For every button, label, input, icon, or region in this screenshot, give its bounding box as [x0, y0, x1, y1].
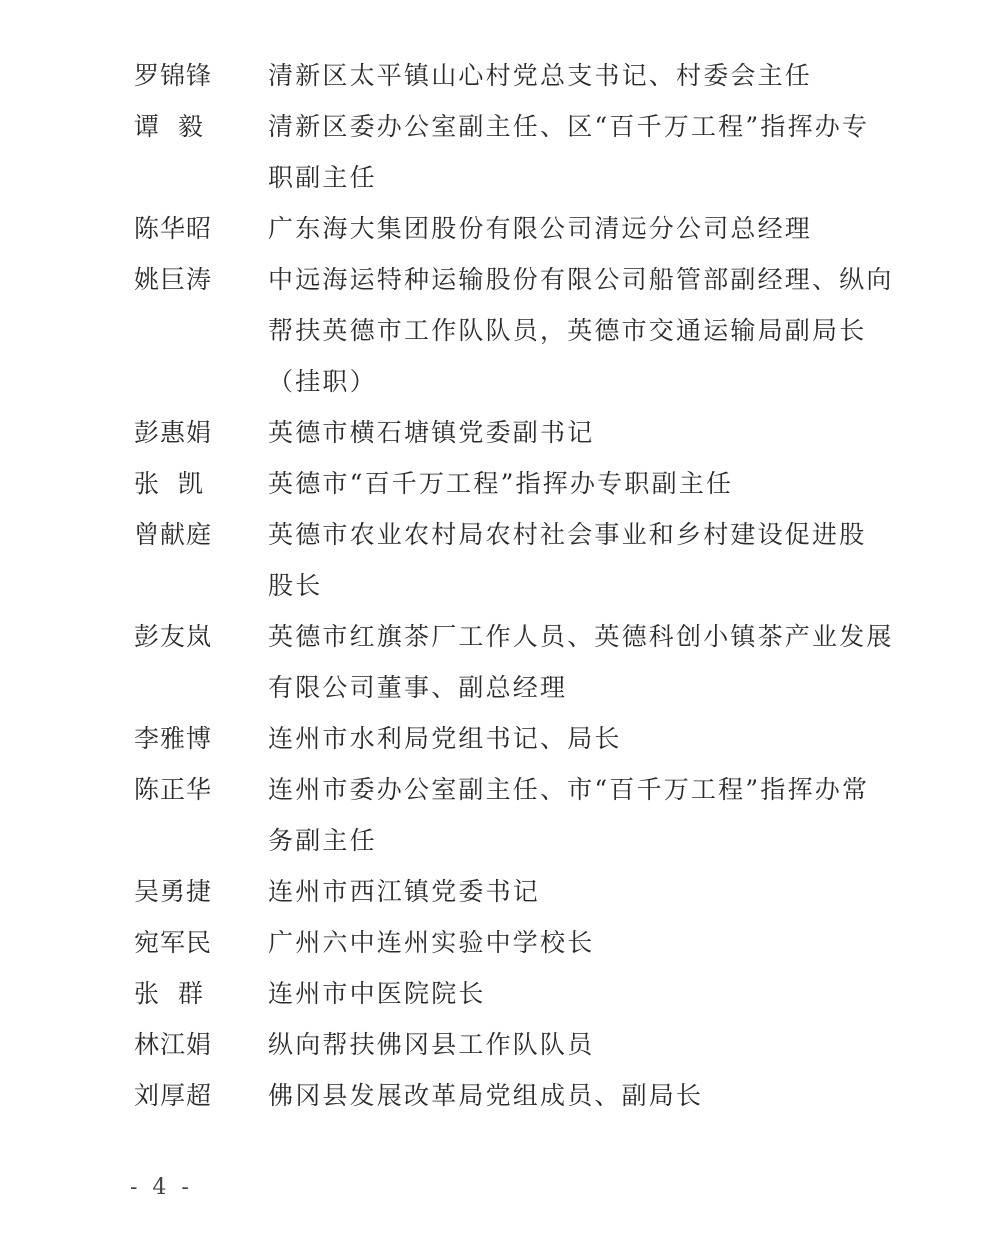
title-line: 英德市农业农村局农村社会事业和乡村建设促进股	[268, 509, 880, 560]
page-number: - 4 -	[130, 1170, 193, 1206]
person-name: 宛军民	[134, 917, 268, 968]
list-item: 彭友岚 英德市红旗茶厂工作人员、英德科创小镇茶产业发展 有限公司董事、副总经理	[134, 611, 894, 713]
person-name: 张 群	[134, 968, 268, 1019]
person-name: 陈正华	[134, 764, 268, 866]
person-title: 连州市中医院院长	[268, 968, 880, 1019]
list-item: 谭 毅 清新区委办公室副主任、区“百千万工程”指挥办专 职副主任	[134, 101, 894, 203]
person-name: 谭 毅	[134, 101, 268, 203]
person-name: 姚巨涛	[134, 254, 268, 407]
person-title: 英德市农业农村局农村社会事业和乡村建设促进股 股长	[268, 509, 880, 611]
list-item: 吴勇捷 连州市西江镇党委书记	[134, 866, 894, 917]
list-item: 陈华昭 广东海大集团股份有限公司清远分公司总经理	[134, 203, 894, 254]
title-line: 英德市“百千万工程”指挥办专职副主任	[268, 458, 880, 509]
title-line: 务副主任	[268, 815, 880, 866]
title-line: 佛冈县发展改革局党组成员、副局长	[268, 1070, 880, 1121]
title-line: 广东海大集团股份有限公司清远分公司总经理	[268, 203, 880, 254]
list-item: 张 凯 英德市“百千万工程”指挥办专职副主任	[134, 458, 894, 509]
person-name: 罗锦锋	[134, 50, 268, 101]
title-line: 有限公司董事、副总经理	[268, 662, 880, 713]
title-line: 连州市中医院院长	[268, 968, 880, 1019]
title-line: 股长	[268, 560, 880, 611]
list-item: 刘厚超 佛冈县发展改革局党组成员、副局长	[134, 1070, 894, 1121]
title-line: 职副主任	[268, 152, 880, 203]
list-item: 曾献庭 英德市农业农村局农村社会事业和乡村建设促进股 股长	[134, 509, 894, 611]
title-line: 清新区委办公室副主任、区“百千万工程”指挥办专	[268, 101, 880, 152]
list-item: 姚巨涛 中远海运特种运输股份有限公司船管部副经理、纵向 帮扶英德市工作队队员，英…	[134, 254, 894, 407]
list-item: 林江娟 纵向帮扶佛冈县工作队队员	[134, 1019, 894, 1070]
person-name: 彭惠娟	[134, 407, 268, 458]
person-title: 连州市西江镇党委书记	[268, 866, 880, 917]
person-name: 张 凯	[134, 458, 268, 509]
list-item: 罗锦锋 清新区太平镇山心村党总支书记、村委会主任	[134, 50, 894, 101]
person-title: 英德市红旗茶厂工作人员、英德科创小镇茶产业发展 有限公司董事、副总经理	[268, 611, 880, 713]
title-line: 英德市红旗茶厂工作人员、英德科创小镇茶产业发展	[268, 611, 880, 662]
title-line: 连州市西江镇党委书记	[268, 866, 880, 917]
person-name: 陈华昭	[134, 203, 268, 254]
person-name: 彭友岚	[134, 611, 268, 713]
title-line: 连州市水利局党组书记、局长	[268, 713, 880, 764]
title-line: （挂职）	[268, 356, 880, 407]
title-line: 英德市横石塘镇党委副书记	[268, 407, 880, 458]
person-title: 英德市横石塘镇党委副书记	[268, 407, 880, 458]
person-name: 曾献庭	[134, 509, 268, 611]
person-title: 中远海运特种运输股份有限公司船管部副经理、纵向 帮扶英德市工作队队员，英德市交通…	[268, 254, 880, 407]
person-title: 佛冈县发展改革局党组成员、副局长	[268, 1070, 880, 1121]
person-name: 吴勇捷	[134, 866, 268, 917]
title-line: 帮扶英德市工作队队员，英德市交通运输局副局长	[268, 305, 880, 356]
personnel-list: 罗锦锋 清新区太平镇山心村党总支书记、村委会主任 谭 毅 清新区委办公室副主任、…	[134, 50, 894, 1121]
person-title: 连州市水利局党组书记、局长	[268, 713, 880, 764]
person-title: 英德市“百千万工程”指挥办专职副主任	[268, 458, 880, 509]
title-line: 中远海运特种运输股份有限公司船管部副经理、纵向	[268, 254, 880, 305]
person-title: 连州市委办公室副主任、市“百千万工程”指挥办常 务副主任	[268, 764, 880, 866]
list-item: 李雅博 连州市水利局党组书记、局长	[134, 713, 894, 764]
person-name: 林江娟	[134, 1019, 268, 1070]
list-item: 宛军民 广州六中连州实验中学校长	[134, 917, 894, 968]
person-name: 李雅博	[134, 713, 268, 764]
list-item: 张 群 连州市中医院院长	[134, 968, 894, 1019]
list-item: 彭惠娟 英德市横石塘镇党委副书记	[134, 407, 894, 458]
person-title: 广东海大集团股份有限公司清远分公司总经理	[268, 203, 880, 254]
title-line: 连州市委办公室副主任、市“百千万工程”指挥办常	[268, 764, 880, 815]
list-item: 陈正华 连州市委办公室副主任、市“百千万工程”指挥办常 务副主任	[134, 764, 894, 866]
title-line: 广州六中连州实验中学校长	[268, 917, 880, 968]
title-line: 纵向帮扶佛冈县工作队队员	[268, 1019, 880, 1070]
person-title: 广州六中连州实验中学校长	[268, 917, 880, 968]
person-title: 清新区太平镇山心村党总支书记、村委会主任	[268, 50, 880, 101]
person-name: 刘厚超	[134, 1070, 268, 1121]
title-line: 清新区太平镇山心村党总支书记、村委会主任	[268, 50, 880, 101]
person-title: 纵向帮扶佛冈县工作队队员	[268, 1019, 880, 1070]
person-title: 清新区委办公室副主任、区“百千万工程”指挥办专 职副主任	[268, 101, 880, 203]
